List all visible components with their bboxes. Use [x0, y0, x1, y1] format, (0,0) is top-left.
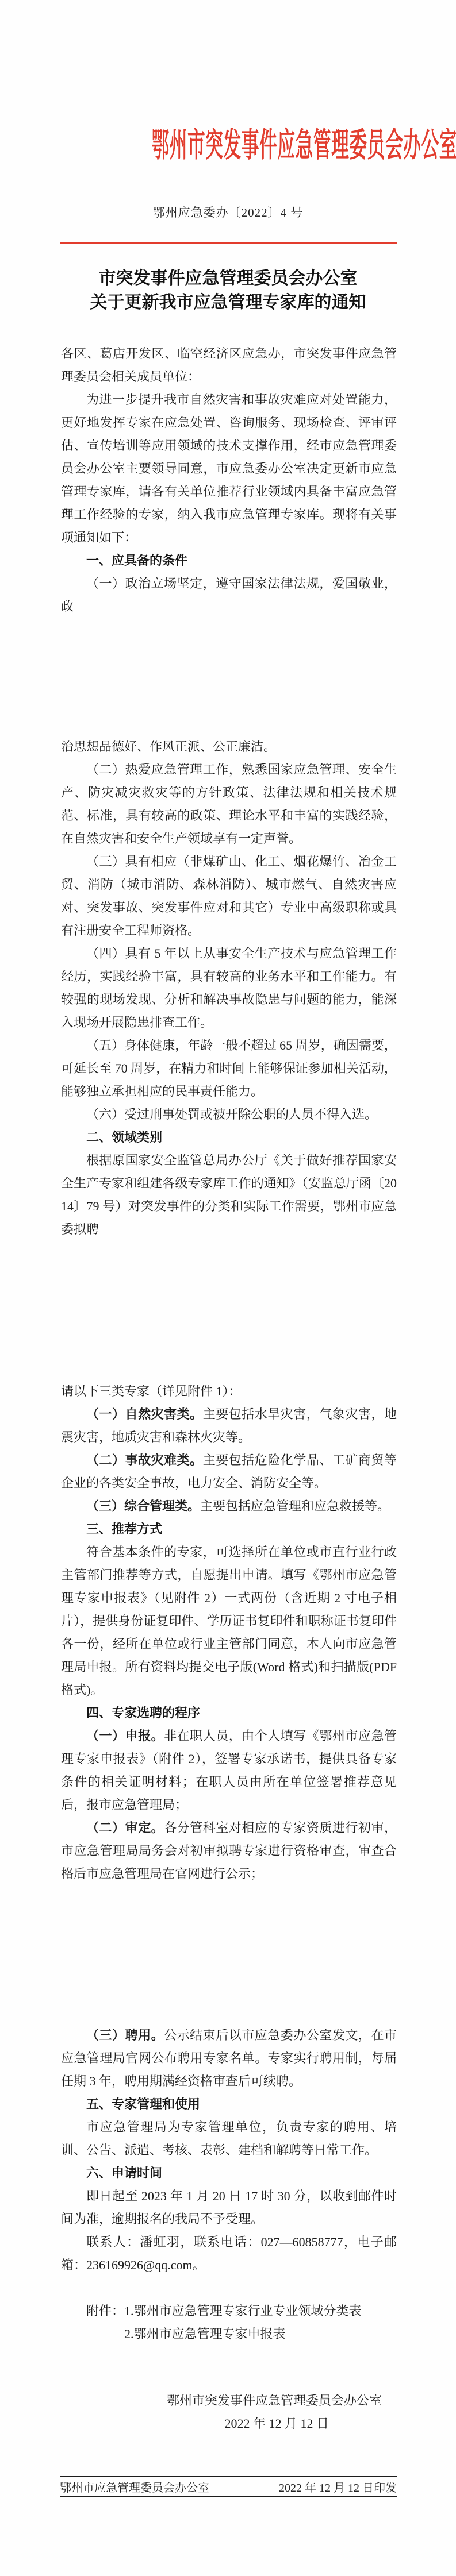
document-title-line2: 关于更新我市应急管理专家库的通知 — [0, 291, 456, 315]
paragraph: 为进一步提升我市自然灾害和事故灾难应对处置能力，更好地发挥专家在应急处置、咨询服… — [61, 388, 397, 549]
page-2-body: 治思想品德好、作风正派、公正廉洁。（二）热爱应急管理工作，熟悉国家应急管理、安全… — [61, 735, 397, 1241]
page-1: 鄂州市突发事件应急管理委员会办公室文件 鄂州应急委办〔2022〕4 号 市突发事… — [0, 0, 456, 644]
section-heading: 三、推荐方式 — [61, 1518, 397, 1541]
paragraph-bold-lead: （三）聘用。 — [86, 2028, 164, 2042]
paragraph: （三）具有相应（非煤矿山、化工、烟花爆竹、冶金工贸、消防（城市消防、森林消防）、… — [61, 850, 397, 942]
section-heading: 六、申请时间 — [61, 2162, 397, 2185]
paragraph: （二）审定。各分管科室对相应的专家资质进行初审，市应急管理局局务会对初审拟聘专家… — [61, 1817, 397, 1885]
paragraph-bold-lead: （二）审定。 — [86, 1821, 164, 1835]
signature-date: 2022 年 12 月 12 日 — [61, 2412, 397, 2435]
colophon-issuing-office: 鄂州市应急管理委员会办公室 — [60, 2478, 209, 2495]
paragraph: （一）申报。非在职人员，由个人填写《鄂州市应急管理专家申报表》（附件 2），签署… — [61, 1725, 397, 1817]
paragraph-bold-lead: （二）事故灾难类。 — [86, 1453, 203, 1467]
document-title: 市突发事件应急管理委员会办公室 关于更新我市应急管理专家库的通知 — [0, 267, 456, 315]
paragraph-bold-lead: （一）申报。 — [86, 1729, 164, 1743]
paragraph: 治思想品德好、作风正派、公正廉洁。 — [61, 735, 397, 758]
paragraph: （三）聘用。公示结束后以市应急委办公室发文，在市应急管理局官网公布聘用专家名单。… — [61, 2024, 397, 2093]
red-divider-line — [60, 242, 397, 244]
page-4: （三）聘用。公示结束后以市应急委办公室发文，在市应急管理局官网公布聘用专家名单。… — [0, 1932, 456, 2576]
page-1-body: 各区、葛店开发区、临空经济区应急办，市突发事件应急管理委员会相关成员单位：为进一… — [61, 342, 397, 618]
page-2: 治思想品德好、作风正派、公正廉洁。（二）热爱应急管理工作，熟悉国家应急管理、安全… — [0, 644, 456, 1288]
document-masthead: 鄂州市突发事件应急管理委员会办公室文件 — [0, 126, 456, 165]
attachment-item: 附件：1.鄂州市应急管理专家行业专业领域分类表 — [86, 2300, 397, 2323]
paragraph: 市应急管理局为专家管理单位，负责专家的聘用、培训、公告、派遣、考核、表彰、建档和… — [61, 2116, 397, 2162]
scanned-document-canvas: 鄂州市突发事件应急管理委员会办公室文件 鄂州应急委办〔2022〕4 号 市突发事… — [0, 0, 456, 2576]
paragraph: （四）具有 5 年以上从事安全生产技术与应急管理工作经历，实践经验丰富，具有较高… — [61, 942, 397, 1034]
paragraph-bold-lead: （三）综合管理类。 — [86, 1499, 200, 1513]
paragraph: （三）综合管理类。主要包括应急管理和应急救援等。 — [61, 1495, 397, 1518]
masthead-org-line: 鄂州市突发事件应急管理委员会办公室文件 — [151, 126, 456, 165]
paragraph: 各区、葛店开发区、临空经济区应急办，市突发事件应急管理委员会相关成员单位： — [61, 342, 397, 388]
document-title-line1: 市突发事件应急管理委员会办公室 — [0, 267, 456, 291]
page-3: 请以下三类专家（详见附件 1）：（一）自然灾害类。主要包括水旱灾害，气象灾害，地… — [0, 1288, 456, 1932]
page-3-body: 请以下三类专家（详见附件 1）：（一）自然灾害类。主要包括水旱灾害，气象灾害，地… — [61, 1380, 397, 1885]
document-number: 鄂州应急委办〔2022〕4 号 — [0, 203, 456, 221]
colophon-row: 鄂州市应急管理委员会办公室 2022 年 12 月 12 日印发 — [60, 2477, 397, 2496]
paragraph: 根据原国家安全监管总局办公厅《关于做好推荐国家安全生产专家和组建各级专家库工作的… — [61, 1149, 397, 1241]
paragraph: （一）自然灾害类。主要包括水旱灾害，气象灾害，地震灾害，地质灾害和森林火灾等。 — [61, 1403, 397, 1449]
paragraph: （二）热爱应急管理工作，熟悉国家应急管理、安全生产、防灾减灾救灾等的方针政策、法… — [61, 758, 397, 850]
paragraph: （二）事故灾难类。主要包括危险化学品、工矿商贸等企业的各类安全事故，电力安全、消… — [61, 1449, 397, 1495]
paragraph: 请以下三类专家（详见附件 1）： — [61, 1380, 397, 1403]
signature-org: 鄂州市突发事件应急管理委员会办公室 — [61, 2389, 397, 2412]
attachment-item: 2.鄂州市应急管理专家申报表 — [124, 2323, 397, 2346]
paragraph: 联系人：潘虹羽，联系电话：027—60858777，电子邮箱：236169926… — [61, 2231, 397, 2277]
section-heading: 五、专家管理和使用 — [61, 2093, 397, 2116]
section-heading: 四、专家选聘的程序 — [61, 1702, 397, 1725]
paragraph: 即日起至 2023 年 1 月 20 日 17 时 30 分，以收到邮件时间为准… — [61, 2185, 397, 2231]
section-heading: 一、应具备的条件 — [61, 549, 397, 572]
paragraph: （一）政治立场坚定，遵守国家法律法规，爱国敬业，政 — [61, 572, 397, 618]
page-4-body: （三）聘用。公示结束后以市应急委办公室发文，在市应急管理局官网公布聘用专家名单。… — [61, 2024, 397, 2435]
paragraph: 符合基本条件的专家，可选择所在单位或市直行业行政主管部门推荐等方式，自愿提出申请… — [61, 1541, 397, 1702]
paragraph: （五）身体健康，年龄一般不超过 65 周岁，确因需要，可延长至 70 周岁，在精… — [61, 1034, 397, 1103]
colophon-print-date: 2022 年 12 月 12 日印发 — [279, 2478, 397, 2495]
paragraph-bold-lead: （一）自然灾害类。 — [86, 1407, 203, 1421]
colophon-rule-bottom — [60, 2496, 397, 2497]
paragraph: （六）受过刑事处罚或被开除公职的人员不得入选。 — [61, 1103, 397, 1126]
section-heading: 二、领域类别 — [61, 1126, 397, 1149]
